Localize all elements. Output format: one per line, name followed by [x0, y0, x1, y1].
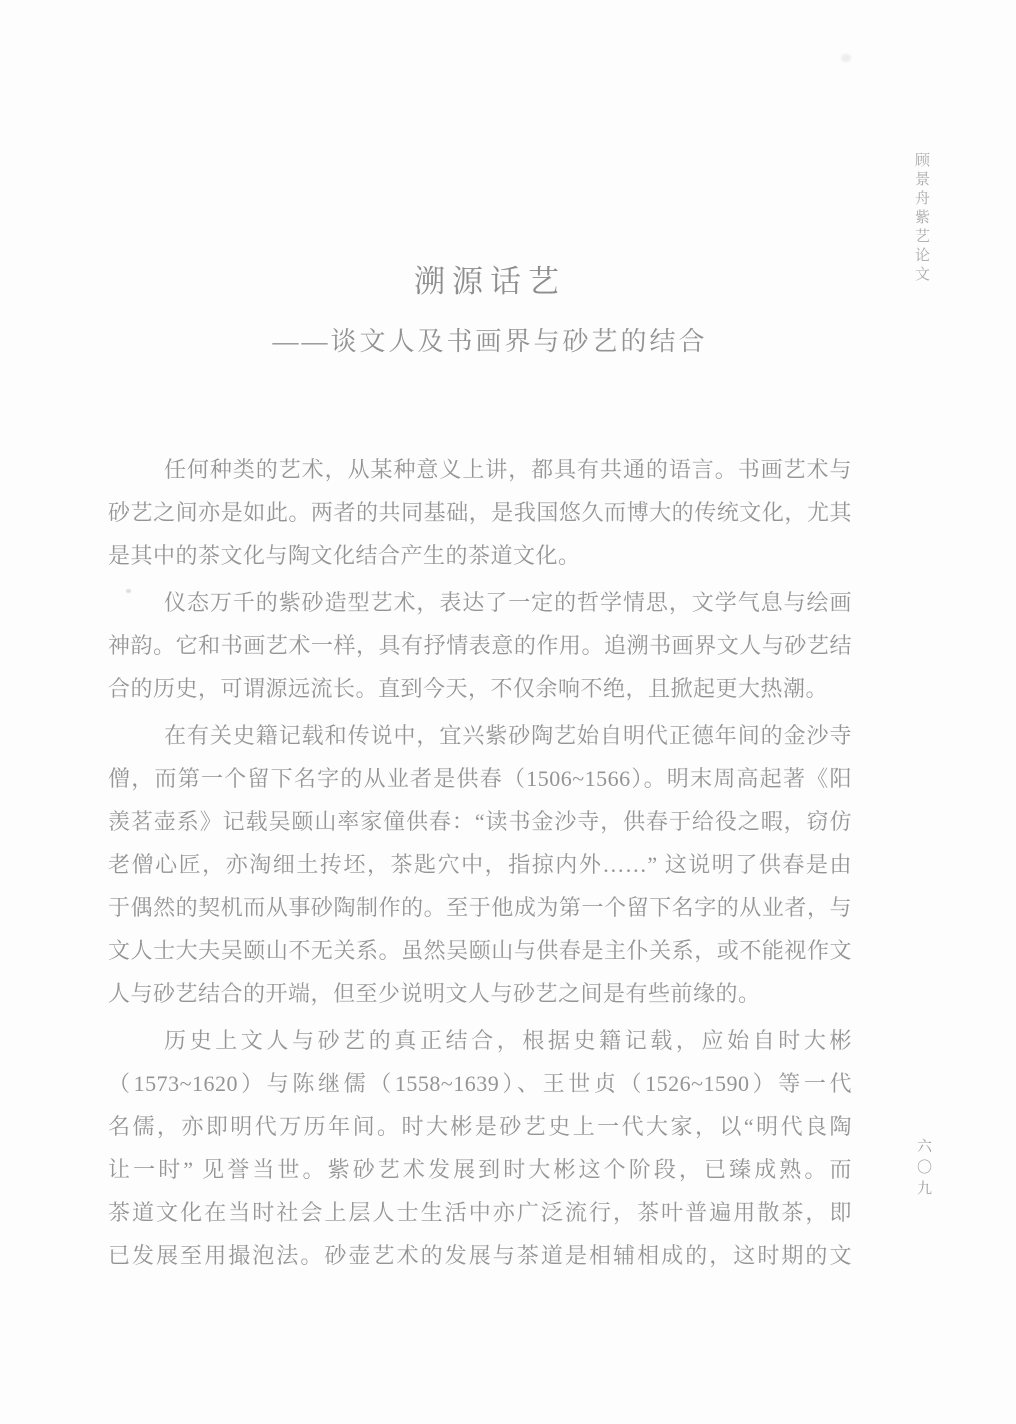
text-line: 茶道文化在当时社会上层人士生活中亦广泛流行，茶叶普遍用散茶，即 [108, 1191, 852, 1234]
article-subtitle: ——谈文人及书画界与砂艺的结合 [118, 321, 862, 358]
text-line: 文人士大夫吴颐山不无关系。虽然吴颐山与供春是主仆关系，或不能视作文 [108, 929, 852, 972]
text-line: 合的历史，可谓源远流长。直到今天，不仅余响不绝，且掀起更大热潮。 [108, 667, 852, 710]
text-line: 砂艺之间亦是如此。两者的共同基础，是我国悠久而博大的传统文化，尤其 [108, 491, 852, 534]
text-line: 僧，而第一个留下名字的从业者是供春（1506~1566）。明末周高起著《阳 [108, 757, 852, 800]
text-line: 老僧心匠，亦淘细土抟坯，茶匙穴中，指掠内外……” 这说明了供春是由 [108, 843, 852, 886]
text-line: 在有关史籍记载和传说中，宜兴紫砂陶艺始自明代正德年间的金沙寺 [108, 714, 852, 757]
text-line: （1573~1620）与陈继儒（1558~1639）、王世贞（1526~1590… [108, 1062, 852, 1105]
text-line: 名儒，亦即明代万历年间。时大彬是砂艺史上一代大家，以“明代良陶 [108, 1105, 852, 1148]
article-title: 溯源话艺 [118, 256, 862, 301]
text-line: 仪态万千的紫砂造型艺术，表达了一定的哲学情思，文学气息与绘画 [108, 581, 852, 624]
paragraph: 仪态万千的紫砂造型艺术，表达了一定的哲学情思，文学气息与绘画 神韵。它和书画艺术… [108, 581, 852, 710]
paragraph: 在有关史籍记载和传说中，宜兴紫砂陶艺始自明代正德年间的金沙寺 僧，而第一个留下名… [108, 714, 852, 1015]
scan-smudge [841, 54, 851, 62]
text-line: 任何种类的艺术，从某种意义上讲，都具有共通的语言。书画艺术与 [108, 448, 852, 491]
paragraph: 历史上文人与砂艺的真正结合，根据史籍记载，应始自时大彬 （1573~1620）与… [108, 1019, 852, 1277]
text-line: 于偶然的契机而从事砂陶制作的。至于他成为第一个留下名字的从业者，与 [108, 886, 852, 929]
book-page: 溯源话艺 ——谈文人及书画界与砂艺的结合 任何种类的艺术，从某种意义上讲，都具有… [0, 0, 1016, 1424]
running-head-vertical: 顾景舟紫艺论文 [911, 152, 932, 285]
text-line: 是其中的茶文化与陶文化结合产生的茶道文化。 [108, 534, 852, 577]
text-line: 历史上文人与砂艺的真正结合，根据史籍记载，应始自时大彬 [108, 1019, 852, 1062]
text-line: 人与砂艺结合的开端，但至少说明文人与砂艺之间是有些前缘的。 [108, 972, 852, 1015]
article-body: 任何种类的艺术，从某种意义上讲，都具有共通的语言。书画艺术与 砂艺之间亦是如此。… [108, 448, 852, 1281]
text-line: 已发展至用撮泡法。砂壶艺术的发展与茶道是相辅相成的，这时期的文 [108, 1234, 852, 1277]
text-line: 让一时” 见誉当世。紫砂艺术发展到时大彬这个阶段，已臻成熟。而 [108, 1148, 852, 1191]
text-line: 羡茗壶系》记载吴颐山率家僮供春：“读书金沙寺，供春于给役之暇，窃仿 [108, 800, 852, 843]
text-line: 神韵。它和书画艺术一样，具有抒情表意的作用。追溯书画界文人与砂艺结 [108, 624, 852, 667]
page-number-vertical: 六〇九 [913, 1138, 934, 1201]
paragraph: 任何种类的艺术，从某种意义上讲，都具有共通的语言。书画艺术与 砂艺之间亦是如此。… [108, 448, 852, 577]
